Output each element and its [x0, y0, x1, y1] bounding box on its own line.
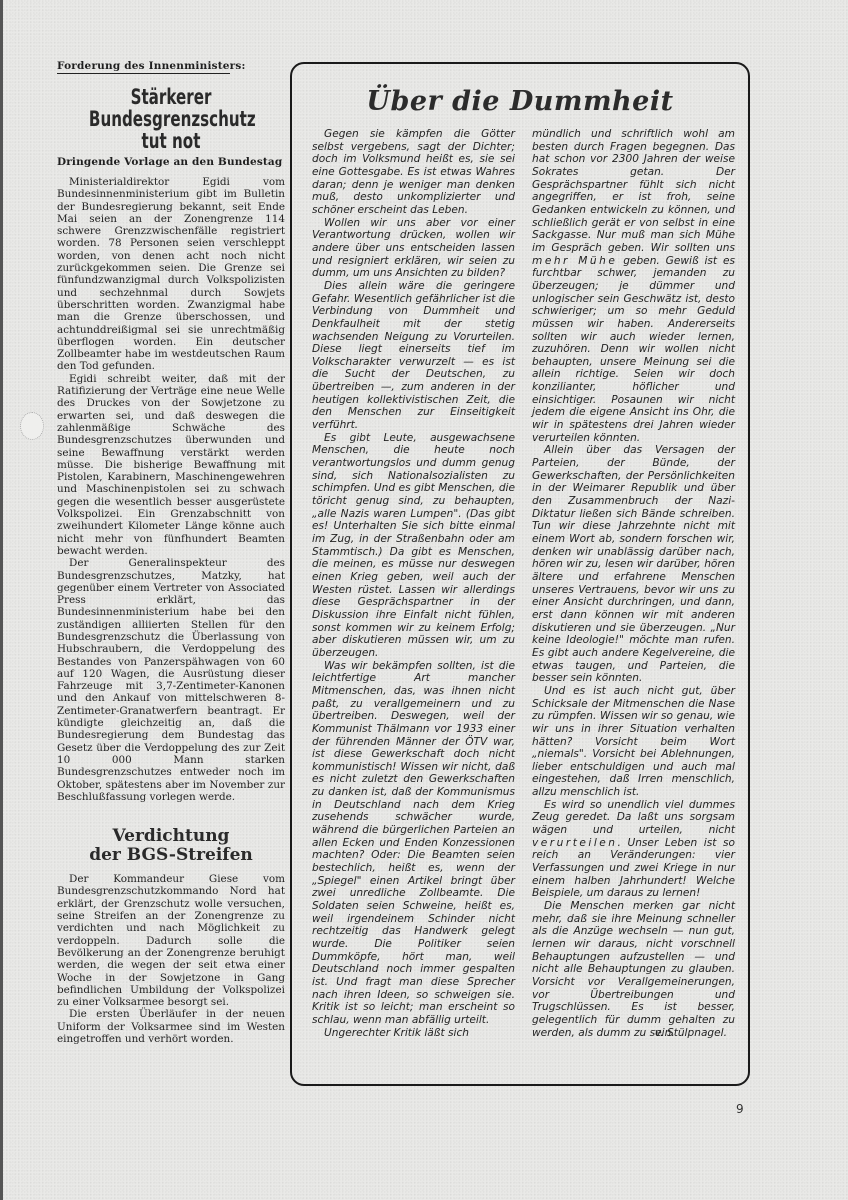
- paragraph: Wollen wir uns aber vor einer Verantwort…: [312, 217, 515, 280]
- text-run: geben. Gewiß ist es furchtbar schwer, je…: [532, 255, 735, 444]
- article-body: Ministerialdirektor Egidi vom Bundesinne…: [57, 176, 285, 803]
- boxed-article: Über die Dummheit Gegen sie kämpfen die …: [290, 62, 750, 1086]
- article-kicker: Forderung des Innenministers:: [57, 60, 230, 74]
- emphasized-text: mehr Mühe: [532, 255, 617, 267]
- page-edge-shadow: [0, 0, 3, 1200]
- paragraph: Die Menschen merken gar nicht mehr, daß …: [532, 900, 735, 1039]
- text-run: Es wird so unendlich viel dummes Zeug ge…: [532, 799, 735, 836]
- headline-line: tut not: [89, 130, 253, 152]
- headline-line: Stärkerer: [89, 86, 253, 108]
- paragraph: Der Kommandeur Giese vom Bundesgrenzschu…: [57, 873, 285, 1008]
- paragraph: Die ersten Überläufer in der neuen Unifo…: [57, 1008, 285, 1045]
- left-column: Forderung des Innenministers: Stärkerer …: [57, 60, 285, 1045]
- article-subhead: Dringende Vorlage an den Bundestag: [57, 156, 285, 168]
- paragraph: Allein über das Versagen der Parteien, d…: [532, 444, 735, 684]
- paragraph: Und es ist auch nicht gut, über Schicksa…: [532, 685, 735, 799]
- article-2-headline: Verdichtung der BGS-Streifen: [57, 827, 285, 865]
- boxed-article-column-2: mündlich und schriftlich wohl am besten …: [532, 128, 735, 1039]
- paragraph: Dies allein wäre die geringere Gefahr. W…: [312, 280, 515, 432]
- paragraph: Ungerechter Kritik läßt sich: [312, 1027, 515, 1040]
- article-2-body: Der Kommandeur Giese vom Bundesgrenzschu…: [57, 873, 285, 1045]
- punch-hole-mark: [20, 412, 44, 440]
- headline-line: Verdichtung: [57, 827, 285, 846]
- newspaper-page: Forderung des Innenministers: Stärkerer …: [0, 0, 848, 1200]
- headline-line: Bundesgrenzschutz: [89, 108, 253, 130]
- article-headline: Stärkerer Bundesgrenzschutz tut not: [89, 86, 253, 152]
- paragraph: Was wir bekämpfen sollten, ist die leich…: [312, 660, 515, 1027]
- headline-line: der BGS-Streifen: [57, 846, 285, 865]
- paragraph: Egidi schreibt weiter, daß mit der Ratif…: [57, 373, 285, 557]
- boxed-article-title: Über die Dummheit: [292, 86, 748, 117]
- paragraph: mündlich und schriftlich wohl am besten …: [532, 128, 735, 444]
- text-run: mündlich und schriftlich wohl am besten …: [532, 128, 735, 254]
- page-number: 9: [736, 1102, 744, 1116]
- paragraph: Es gibt Leute, ausgewachsene Menschen, d…: [312, 432, 515, 660]
- boxed-article-column-1: Gegen sie kämpfen die Götter selbst verg…: [312, 128, 515, 1039]
- paragraph: Ministerialdirektor Egidi vom Bundesinne…: [57, 176, 285, 373]
- emphasized-text: verurteilen: [532, 837, 618, 849]
- paragraph: Der Generalinspekteur des Bundesgrenzsch…: [57, 557, 285, 803]
- paragraph: Gegen sie kämpfen die Götter selbst verg…: [312, 128, 515, 217]
- paragraph: Es wird so unendlich viel dummes Zeug ge…: [532, 799, 735, 900]
